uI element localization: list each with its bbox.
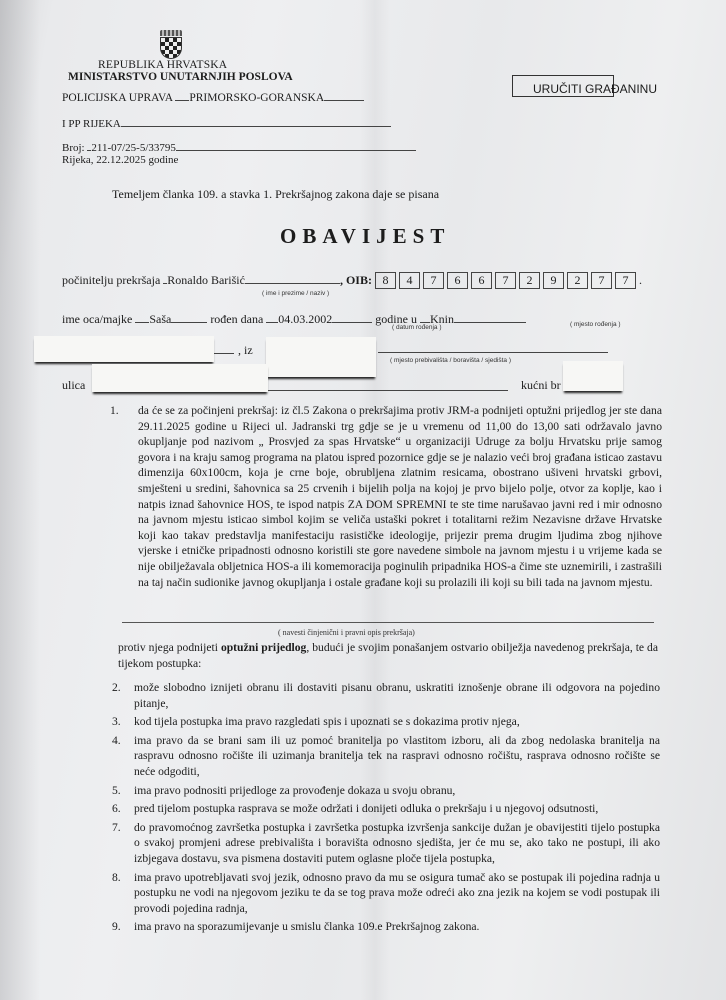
- oib-digit-box: 4: [399, 272, 420, 289]
- rights-item-text: ima pravo podnositi prijedloge za provođ…: [134, 784, 455, 797]
- divider-line: [122, 622, 654, 623]
- station-value: I PP RIJEKA: [62, 118, 121, 130]
- rights-item-text: kod tijela postupka ima pravo razgledati…: [134, 715, 520, 728]
- rights-item-text: može slobodno iznijeti obranu ili dostav…: [134, 681, 660, 710]
- parent-label: ime oca/majke: [62, 312, 132, 326]
- rights-item-number: 5.: [112, 783, 121, 799]
- police-administration: POLICIJSKA UPRAVA PRIMORSKO-GORANSKA: [62, 92, 364, 104]
- ministry-name: MINISTARSTVO UNUTARNJIH POSLOVA: [68, 71, 293, 83]
- offender-label: počinitelju prekršaja: [62, 273, 160, 287]
- rights-item-text: ima pravo upotrebljavati svoj jezik, odn…: [134, 871, 660, 915]
- rights-item: 3.kod tijela postupka ima pravo razgleda…: [112, 714, 660, 730]
- redacted-field: [266, 337, 376, 377]
- oib-digit-box: 2: [519, 272, 540, 289]
- oib-digit-box: 7: [615, 272, 636, 289]
- rights-item-number: 6.: [112, 801, 121, 817]
- police-value: PRIMORSKO-GORANSKA: [189, 92, 324, 104]
- offender-name: Ronaldo Barišić: [167, 273, 245, 287]
- offender-row: počinitelju prekršaja Ronaldo Barišić, O…: [62, 272, 642, 289]
- rights-item-text: pred tijelom postupka rasprava se može o…: [134, 802, 598, 815]
- rights-item: 5.ima pravo podnositi prijedloge za prov…: [112, 783, 660, 799]
- item-number: 1.: [110, 403, 119, 419]
- from-label: , iz: [238, 343, 253, 358]
- rights-item: 4.ima pravo da se brani sam ili uz pomoć…: [112, 733, 660, 780]
- house-number-label: kućni br: [521, 378, 561, 393]
- parent-value: Saša: [149, 312, 171, 326]
- rights-item-text: do pravomoćnog završetka postupka i zavr…: [134, 821, 660, 865]
- rights-item-text: ima pravo na sporazumijevanje u smislu č…: [134, 920, 479, 933]
- document-title: OBAVIJEST: [280, 224, 450, 249]
- oib-label: OIB:: [346, 273, 372, 287]
- offense-text: da će se za počinjeni prekršaj: iz čl.5 …: [138, 404, 662, 589]
- place-date: Rijeka, 22.12.2025 godine: [62, 154, 178, 166]
- oib-digit-box: 7: [591, 272, 612, 289]
- paper-fold-shadow: [0, 0, 40, 1000]
- oib-digits: 84766729277: [375, 273, 639, 287]
- residence-caption: ( mjesto prebivališta / boravišta / sjed…: [390, 357, 511, 364]
- rights-item: 7.do pravomoćnog završetka postupka i za…: [112, 820, 660, 867]
- rights-item-number: 8.: [112, 870, 121, 886]
- rights-item-number: 3.: [112, 714, 121, 730]
- stamp-text: URUČITI GRAĐANINU: [533, 82, 657, 96]
- name-caption: ( ime i prezime / naziv ): [262, 290, 329, 297]
- intro-text: Temeljem članka 109. a stavka 1. Prekrša…: [112, 187, 439, 202]
- oib-digit-box: 7: [423, 272, 444, 289]
- police-label: POLICIJSKA UPRAVA: [62, 92, 172, 104]
- street-label: ulica: [62, 378, 85, 393]
- description-caption: ( navesti činjenični i pravni opis prekr…: [278, 628, 415, 637]
- redacted-field: [34, 336, 214, 362]
- rights-item-number: 4.: [112, 733, 121, 749]
- oib-digit-box: 6: [471, 272, 492, 289]
- rights-item-number: 7.: [112, 820, 121, 836]
- rights-item: 6.pred tijelom postupka rasprava se može…: [112, 801, 660, 817]
- redacted-field: [92, 364, 268, 392]
- police-station: I PP RIJEKA: [62, 118, 391, 130]
- oib-digit-box: 9: [543, 272, 564, 289]
- born-label: rođen dana: [210, 312, 263, 326]
- rights-list: 2.može slobodno iznijeti obranu ili dost…: [112, 680, 660, 938]
- redacted-field: [563, 361, 623, 391]
- case-number: Broj: 211-07/25-5/33795: [62, 142, 416, 154]
- republic-name: REPUBLIKA HRVATSKA: [98, 59, 227, 71]
- oib-digit-box: 8: [375, 272, 396, 289]
- rights-item-number: 9.: [112, 919, 121, 935]
- case-number-label: Broj:: [62, 142, 85, 154]
- rights-item-text: ima pravo da se brani sam ili uz pomoć b…: [134, 734, 660, 778]
- rights-item: 2.može slobodno iznijeti obranu ili dost…: [112, 680, 660, 711]
- case-number-value: 211-07/25-5/33795: [91, 142, 176, 154]
- birthplace-caption: ( mjesto rođenja ): [570, 321, 621, 328]
- parent-birth-row: ime oca/majke Saša rođen dana 04.03.2002…: [62, 312, 526, 327]
- rights-item: 9.ima pravo na sporazumijevanje u smislu…: [112, 919, 660, 935]
- rights-item: 8.ima pravo upotrebljavati svoj jezik, o…: [112, 870, 660, 917]
- continuation-text: protiv njega podnijeti optužni prijedlog…: [118, 640, 658, 671]
- birthdate-caption: ( datum rođenja ): [392, 324, 442, 331]
- oib-digit-box: 2: [567, 272, 588, 289]
- offense-description: 1. da će se za počinjeni prekršaj: iz čl…: [138, 403, 662, 590]
- oib-digit-box: 7: [495, 272, 516, 289]
- oib-digit-box: 6: [447, 272, 468, 289]
- charge-proposal: optužni prijedlog: [221, 641, 306, 654]
- rights-item-number: 2.: [112, 680, 121, 696]
- croatian-coat-of-arms-icon: [160, 30, 182, 60]
- birth-date: 04.03.2002: [278, 312, 332, 326]
